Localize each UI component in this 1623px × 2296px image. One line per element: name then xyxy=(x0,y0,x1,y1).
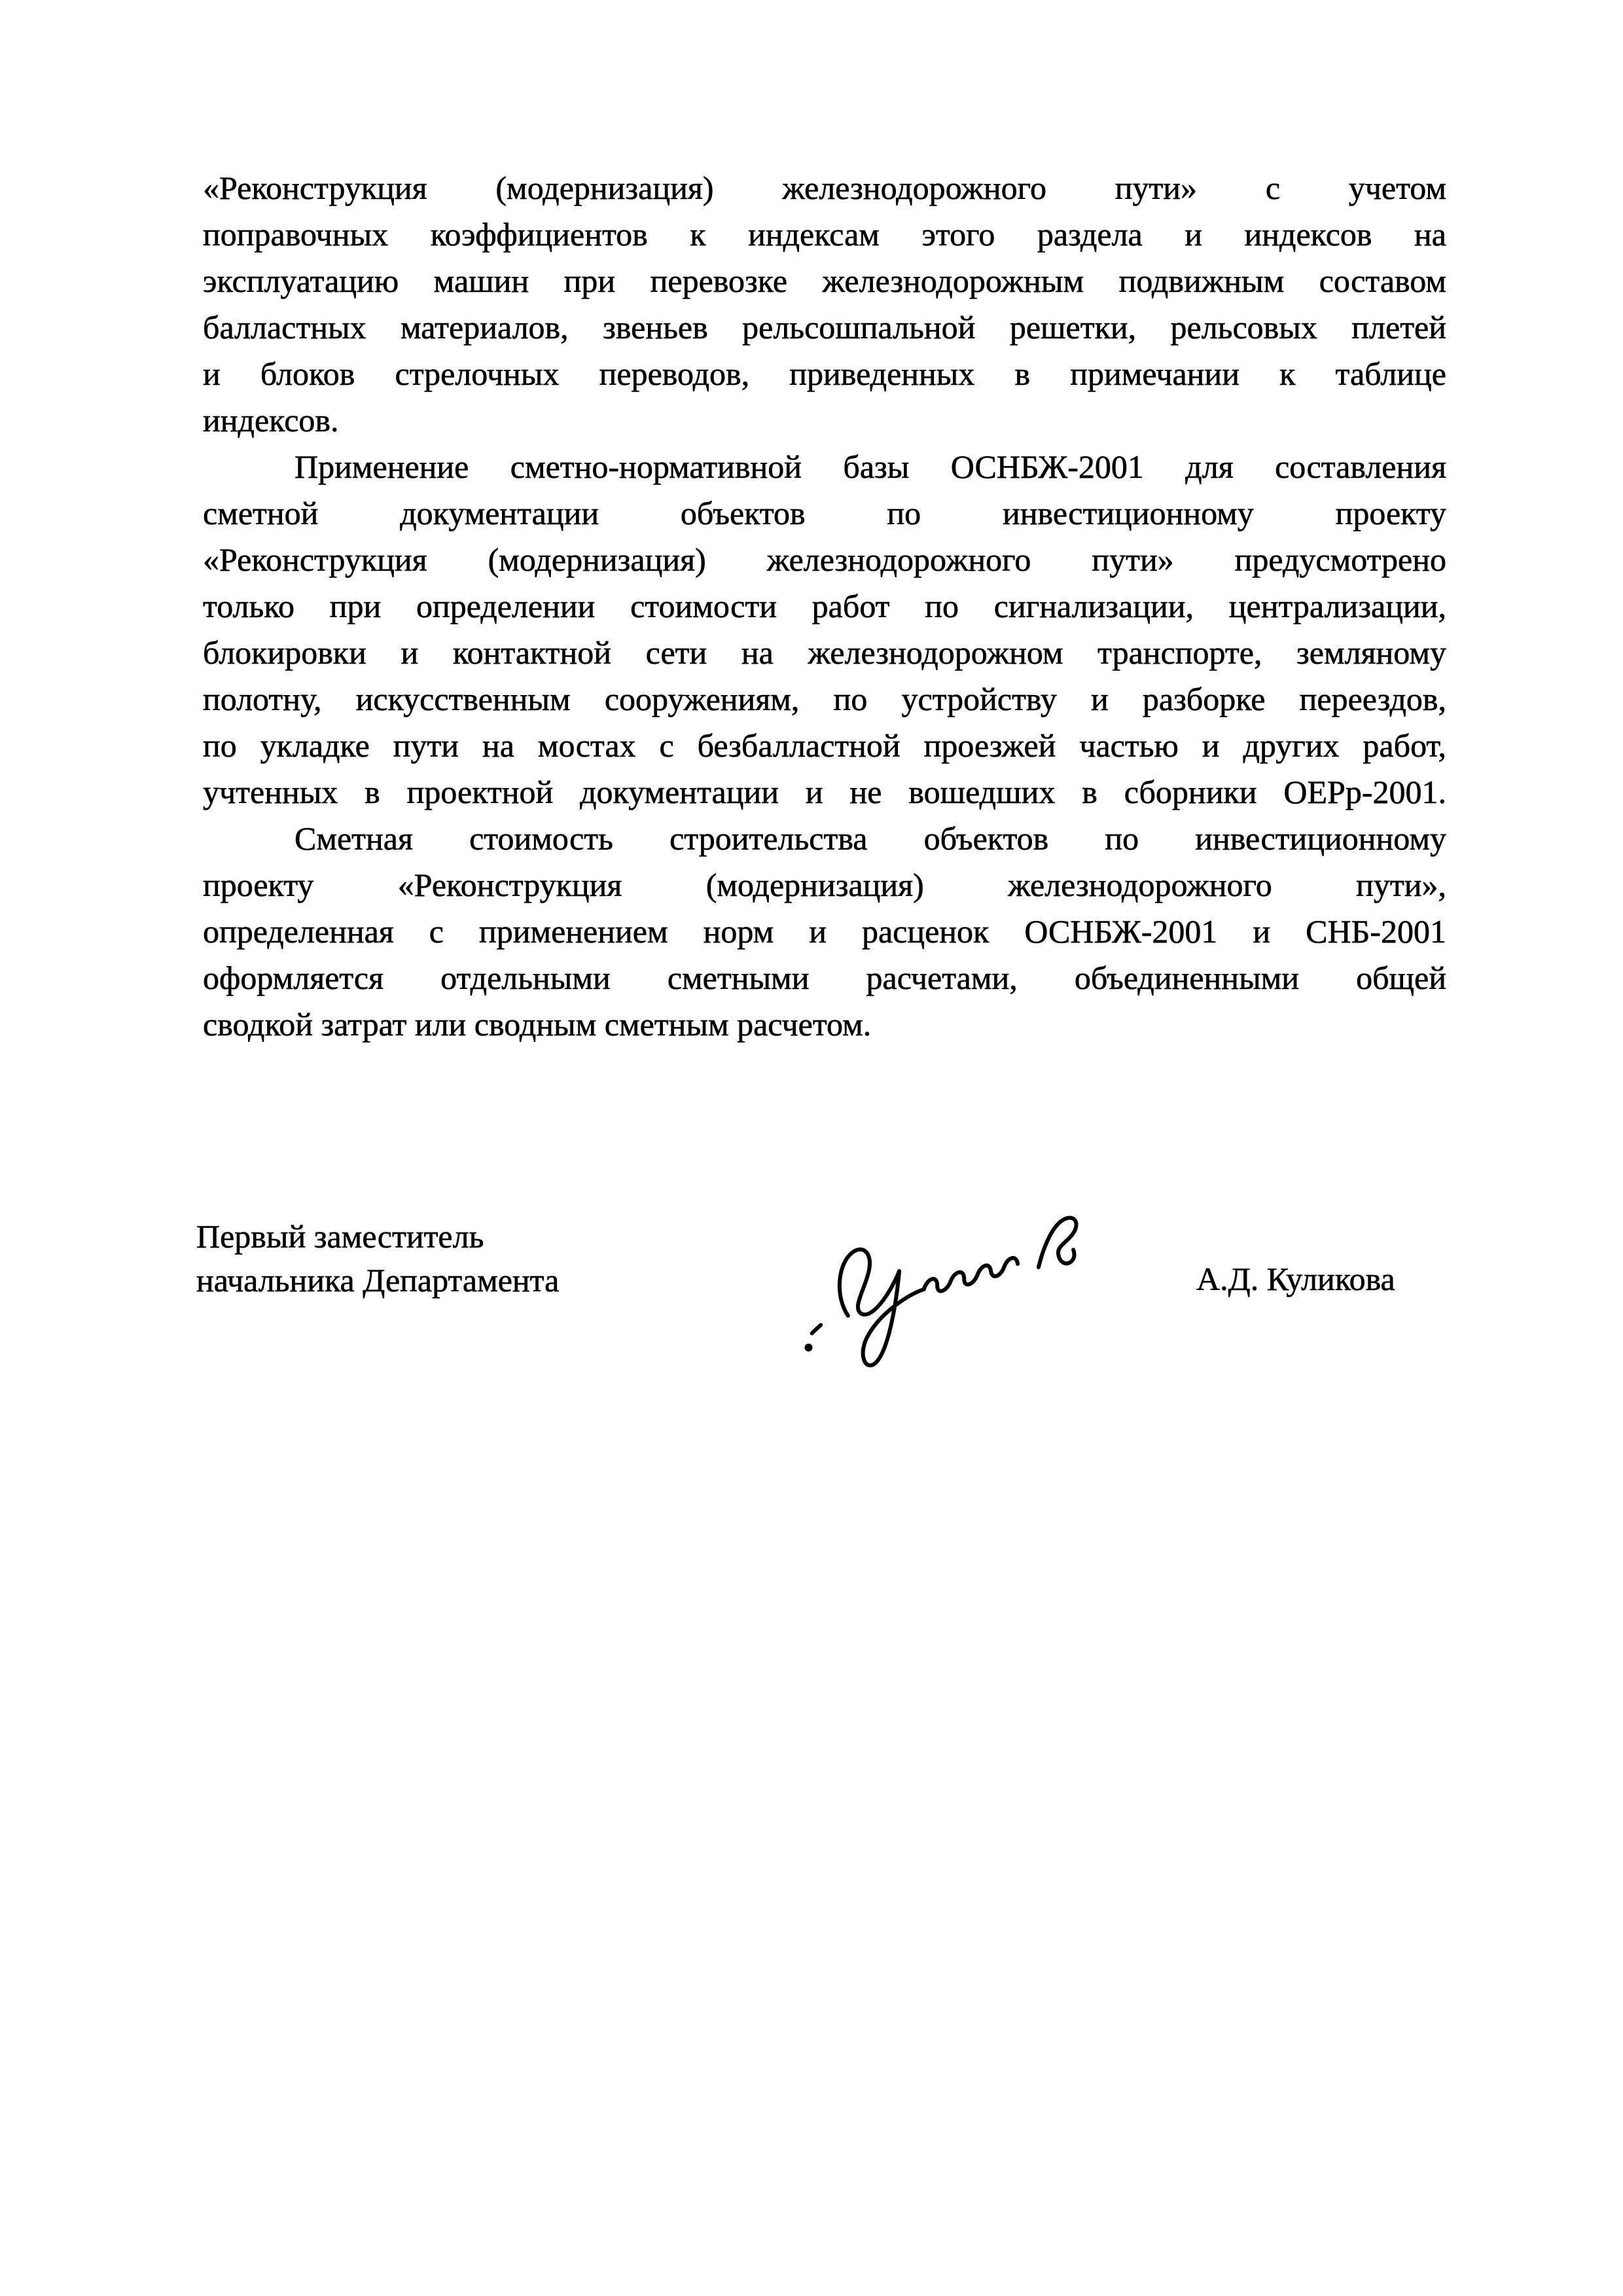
document-page: «Реконструкция (модернизация) железнодор… xyxy=(0,0,1623,2296)
text-line: определенная с применением норм и расцен… xyxy=(203,908,1446,955)
text-line: учтенных в проектной документации и не в… xyxy=(203,769,1446,816)
text-line: и блоков стрелочных переводов, приведенн… xyxy=(203,351,1446,397)
text-line: блокировки и контактной сети на железнод… xyxy=(203,630,1446,676)
text-line: проекту «Реконструкция (модернизация) же… xyxy=(203,862,1446,908)
text-line: эксплуатацию машин при перевозке железно… xyxy=(203,258,1446,304)
text-line: «Реконструкция (модернизация) железнодор… xyxy=(203,537,1446,583)
text-line: полотну, искусственным сооружениям, по у… xyxy=(203,676,1446,723)
signer-title-line1: Первый заместитель xyxy=(196,1215,559,1259)
signer-title: Первый заместитель начальника Департамен… xyxy=(196,1215,559,1302)
handwritten-signature-icon xyxy=(789,1198,1142,1368)
text-line: индексов. xyxy=(203,397,1446,444)
text-line: поправочных коэффициентов к индексам это… xyxy=(203,211,1446,258)
text-line: оформляется отдельными сметными расчетам… xyxy=(203,955,1446,1001)
text-line: Сметная стоимость строительства объектов… xyxy=(203,816,1446,862)
text-line: сводкой затрат или сводным сметным расче… xyxy=(203,1001,1446,1048)
body-text: «Реконструкция (модернизация) железнодор… xyxy=(203,165,1446,1048)
signer-title-line2: начальника Департамента xyxy=(196,1259,559,1302)
text-line: сметной документации объектов по инвести… xyxy=(203,490,1446,537)
text-line: по укладке пути на мостах с безбалластно… xyxy=(203,723,1446,769)
text-line: только при определении стоимости работ п… xyxy=(203,583,1446,630)
text-line: «Реконструкция (модернизация) железнодор… xyxy=(203,165,1446,211)
text-line: Применение сметно-нормативной базы ОСНБЖ… xyxy=(203,444,1446,490)
signer-name: А.Д. Куликова xyxy=(1196,1259,1395,1299)
text-line: балластных материалов, звеньев рельсошпа… xyxy=(203,304,1446,351)
